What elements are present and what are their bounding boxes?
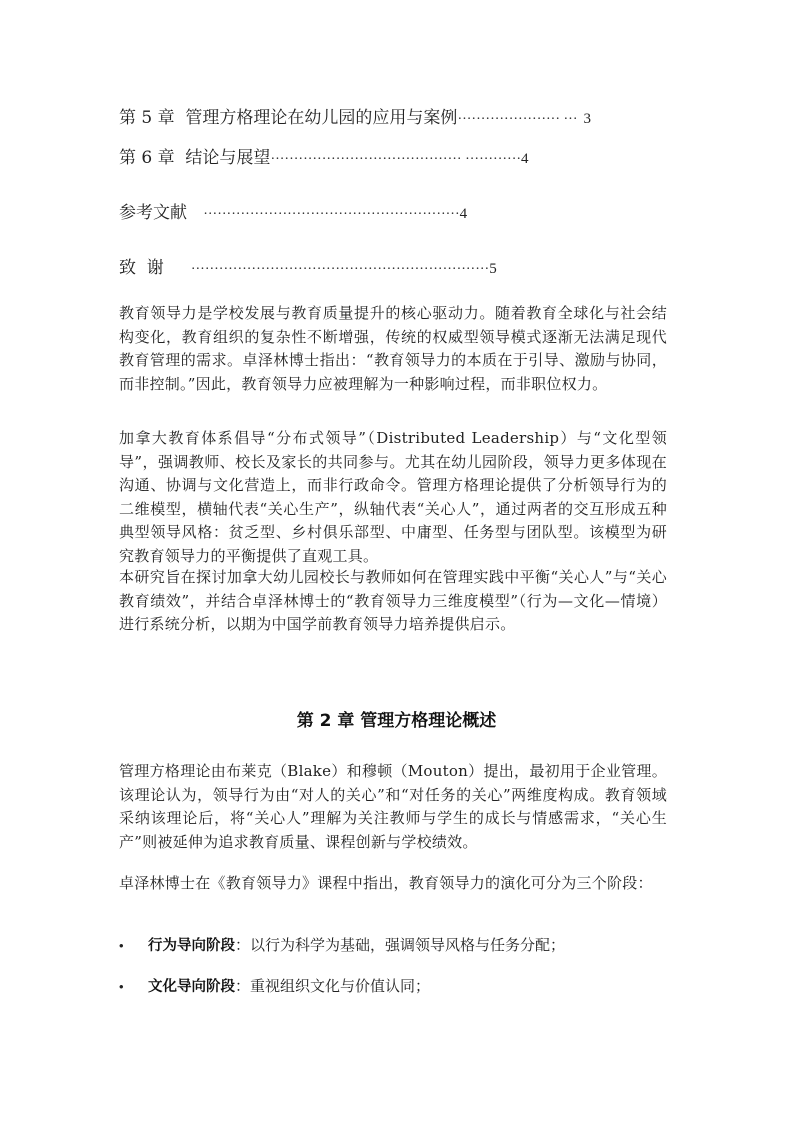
toc-leader-dots: ········································… — [203, 204, 459, 226]
chapter2-paragraph-2: 卓泽林博士在《教育领导力》课程中指出，教育领导力的演化可分为三个阶段： — [119, 872, 667, 896]
intro-paragraph-3: 本研究旨在探讨加拿大幼儿园校长与教师如何在管理实践中平衡“关心人”与“关心教育绩… — [119, 566, 667, 637]
list-item-behavior-stage: •行为导向阶段：以行为科学为基础，强调领导风格与任务分配； — [119, 934, 565, 957]
toc-page-number: 3 — [584, 108, 592, 130]
bullet-text: ：以行为科学为基础，强调领导风格与任务分配； — [235, 936, 565, 954]
toc-entry-chapter-6[interactable]: 第 6 章 结论与展望 ····························… — [119, 147, 529, 169]
toc-page-number: 5 — [489, 258, 497, 280]
chapter2-paragraph-1: 管理方格理论由布莱克（Blake）和穆顿（Mouton）提出，最初用于企业管理。… — [119, 760, 667, 854]
toc-leader-dots: ········································… — [270, 149, 521, 171]
toc-page-number: 4 — [460, 203, 468, 225]
bullet-icon: • — [119, 935, 148, 957]
bullet-text: ：重视组织文化与价值认同； — [235, 977, 430, 995]
toc-entry-chapter-5[interactable]: 第 5 章 管理方格理论在幼儿园的应用与案例 ·················… — [119, 107, 591, 129]
toc-entry-title: 参考文献 — [119, 202, 203, 224]
toc-leader-dots: ········································… — [191, 259, 489, 281]
list-item-culture-stage: •文化导向阶段：重视组织文化与价值认同； — [119, 975, 430, 998]
intro-paragraph-2: 加拿大教育体系倡导“分布式领导”（Distributed Leadership）… — [119, 427, 667, 568]
toc-entry-acknowledgements[interactable]: 致 谢 ····································… — [119, 257, 497, 279]
toc-entry-references[interactable]: 参考文献 ···································… — [119, 202, 467, 224]
bullet-term: 文化导向阶段 — [148, 979, 235, 995]
bullet-term: 行为导向阶段 — [148, 938, 235, 954]
intro-paragraph-1: 教育领导力是学校发展与教育质量提升的核心驱动力。随着教育全球化与社会结构变化，教… — [119, 302, 667, 396]
chapter-heading: 第 2 章 管理方格理论概述 — [0, 709, 793, 733]
toc-page-number: 4 — [521, 148, 529, 170]
bullet-icon: • — [119, 976, 148, 998]
toc-entry-title: 第 5 章 管理方格理论在幼儿园的应用与案例 — [119, 107, 457, 129]
toc-leader-dots: ······················ ··· — [457, 109, 577, 131]
toc-entry-title: 致 谢 — [119, 257, 191, 279]
toc-entry-title: 第 6 章 结论与展望 — [119, 147, 270, 169]
document-page: 第 5 章 管理方格理论在幼儿园的应用与案例 ·················… — [0, 0, 793, 1122]
